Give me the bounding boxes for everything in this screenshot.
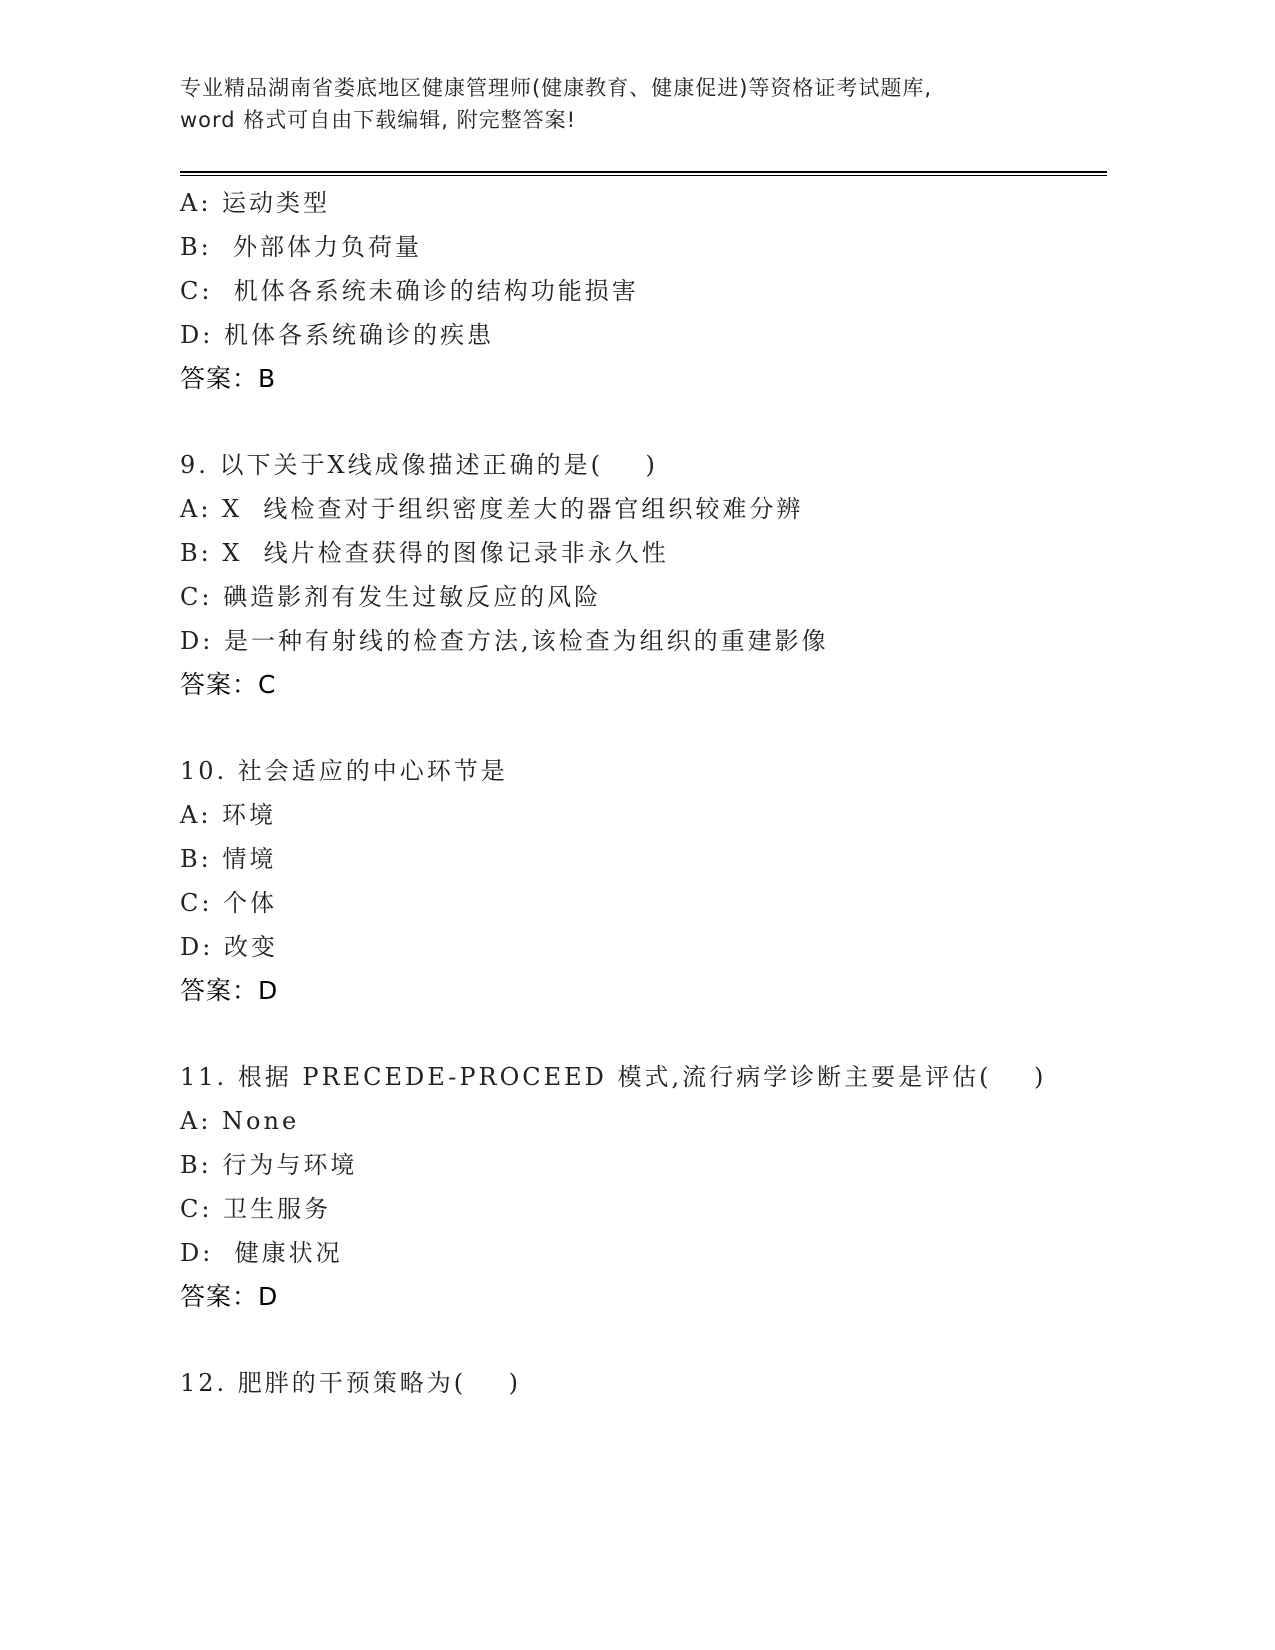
header-line-1: 专业精品湖南省娄底地区健康管理师(健康教育、健康促进)等资格证考试题库, xyxy=(180,72,1120,104)
header-divider-thin xyxy=(180,175,1107,176)
header-divider-thick xyxy=(180,171,1107,173)
question-title: 9. 以下关于X线成像描述正确的是( ) xyxy=(180,443,1120,487)
option-b: B: 行为与环境 xyxy=(180,1143,1120,1187)
option-c: C: 碘造影剂有发生过敏反应的风险 xyxy=(180,575,1120,619)
answer-label: 答案：D xyxy=(180,969,1120,1013)
question-title: 10. 社会适应的中心环节是 xyxy=(180,749,1120,793)
question-title: 11. 根据 PRECEDE-PROCEED 模式,流行病学诊断主要是评估( ) xyxy=(180,1055,1120,1099)
question-block: 10. 社会适应的中心环节是 A: 环境 B: 情境 C: 个体 D: 改变 答… xyxy=(180,749,1120,1013)
header-line-2: word 格式可自由下载编辑, 附完整答案! xyxy=(180,104,1120,136)
option-c: C: 个体 xyxy=(180,881,1120,925)
option-a: A: None xyxy=(180,1099,1120,1143)
question-title: 12. 肥胖的干预策略为( ) xyxy=(180,1361,1120,1405)
option-b: B: 外部体力负荷量 xyxy=(180,225,1120,269)
option-c: C: 机体各系统未确诊的结构功能损害 xyxy=(180,269,1120,313)
option-d: D: 改变 xyxy=(180,925,1120,969)
question-block: A: 运动类型 B: 外部体力负荷量 C: 机体各系统未确诊的结构功能损害 D:… xyxy=(180,181,1120,401)
question-block: 11. 根据 PRECEDE-PROCEED 模式,流行病学诊断主要是评估( )… xyxy=(180,1055,1120,1319)
option-d: D: 健康状况 xyxy=(180,1231,1120,1275)
option-b: B: 情境 xyxy=(180,837,1120,881)
document-header: 专业精品湖南省娄底地区健康管理师(健康教育、健康促进)等资格证考试题库, wor… xyxy=(180,72,1120,136)
question-list: A: 运动类型 B: 外部体力负荷量 C: 机体各系统未确诊的结构功能损害 D:… xyxy=(180,181,1120,1405)
option-b: B: X 线片检查获得的图像记录非永久性 xyxy=(180,531,1120,575)
answer-label: 答案：C xyxy=(180,663,1120,707)
option-a: A: X 线检查对于组织密度差大的器官组织较难分辨 xyxy=(180,487,1120,531)
answer-label: 答案：D xyxy=(180,1275,1120,1319)
question-block: 9. 以下关于X线成像描述正确的是( ) A: X 线检查对于组织密度差大的器官… xyxy=(180,443,1120,707)
option-d: D: 是一种有射线的检查方法,该检查为组织的重建影像 xyxy=(180,619,1120,663)
option-a: A: 环境 xyxy=(180,793,1120,837)
question-block: 12. 肥胖的干预策略为( ) xyxy=(180,1361,1120,1405)
option-d: D: 机体各系统确诊的疾患 xyxy=(180,313,1120,357)
answer-label: 答案：B xyxy=(180,357,1120,401)
option-a: A: 运动类型 xyxy=(180,181,1120,225)
option-c: C: 卫生服务 xyxy=(180,1187,1120,1231)
